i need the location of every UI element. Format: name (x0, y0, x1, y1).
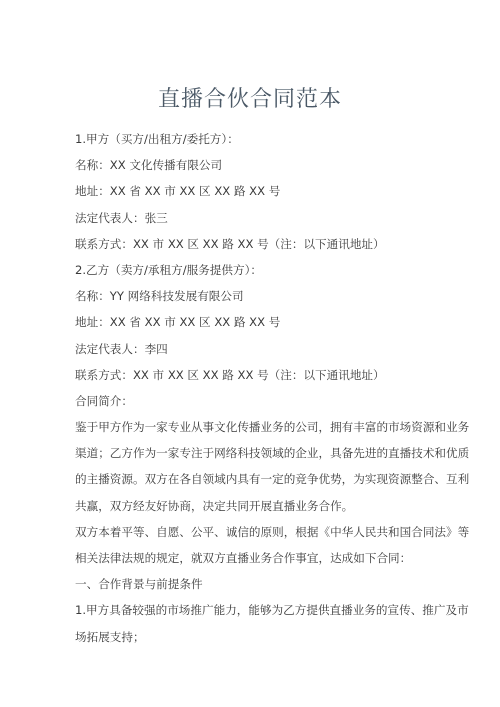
clause-1-line: 1.甲方具备较强的市场推广能力，能够为乙方提供直播业务的宣传、推广及市 (75, 597, 425, 623)
party-b-address: 地址：XX 省 XX 市 XX 区 XX 路 XX 号 (75, 309, 425, 335)
document-title: 直播合伙合同范本 (0, 82, 500, 113)
document-page: 直播合伙合同范本 1.甲方（买方/出租方/委托方）： 名称：XX 文化传播有限公… (0, 0, 500, 707)
party-a-heading: 1.甲方（买方/出租方/委托方）： (75, 126, 425, 152)
document-body: 1.甲方（买方/出租方/委托方）： 名称：XX 文化传播有限公司 地址：XX 省… (75, 126, 425, 650)
party-b-contact: 联系方式：XX 市 XX 区 XX 路 XX 号（注：以下通讯地址） (75, 362, 425, 388)
party-a-contact: 联系方式：XX 市 XX 区 XX 路 XX 号（注：以下通讯地址） (75, 231, 425, 257)
principles-paragraph-line: 双方本着平等、自愿、公平、诚信的原则，根据《中华人民共和国合同法》等 (75, 519, 425, 545)
section-1-heading: 一、合作背景与前提条件 (75, 571, 425, 597)
intro-paragraph-line: 鉴于甲方作为一家专业从事文化传播业务的公司，拥有丰富的市场资源和业务 (75, 414, 425, 440)
principles-paragraph-line: 相关法律法规的规定，就双方直播业务合作事宜，达成如下合同： (75, 545, 425, 571)
party-b-legal-rep: 法定代表人：李四 (75, 336, 425, 362)
intro-paragraph-line: 的主播资源。双方在各自领域内具有一定的竞争优势，为实现资源整合、互利 (75, 466, 425, 492)
intro-paragraph-line: 共赢，双方经友好协商，决定共同开展直播业务合作。 (75, 493, 425, 519)
party-b-heading: 2.乙方（卖方/承租方/服务提供方）： (75, 257, 425, 283)
party-b-name: 名称：YY 网络科技发展有限公司 (75, 283, 425, 309)
clause-1-line: 场拓展支持； (75, 624, 425, 650)
intro-paragraph-line: 渠道；乙方作为一家专注于网络科技领域的企业，具备先进的直播技术和优质 (75, 440, 425, 466)
party-a-legal-rep: 法定代表人：张三 (75, 205, 425, 231)
contract-intro-heading: 合同简介： (75, 388, 425, 414)
party-a-address: 地址：XX 省 XX 市 XX 区 XX 路 XX 号 (75, 178, 425, 204)
party-a-name: 名称：XX 文化传播有限公司 (75, 152, 425, 178)
